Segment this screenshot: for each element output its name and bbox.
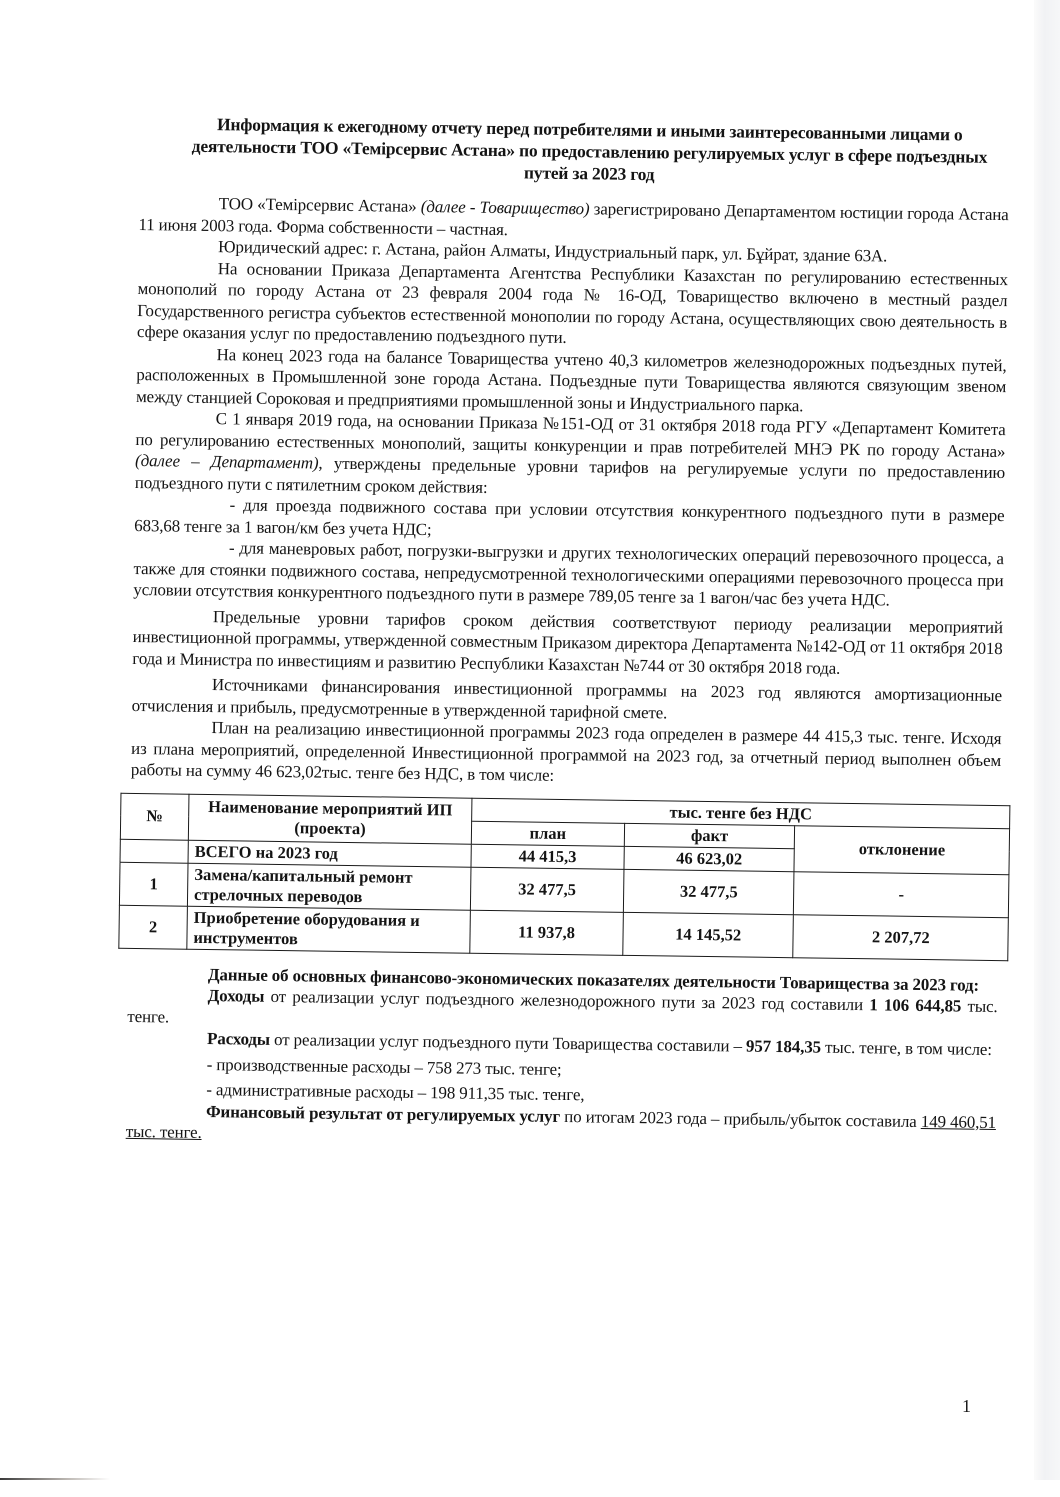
row-number: 1 <box>119 862 188 906</box>
tariff-validity-paragraph: Предельные уровни тарифов сроком действи… <box>132 604 1003 681</box>
monopoly-register-paragraph: На основании Приказа Департамента Агентс… <box>137 256 1008 354</box>
row-activity-name: Замена/капитальный ремонт стрелочных пер… <box>187 863 471 910</box>
row-number: 2 <box>119 905 188 949</box>
total-fact: 46 623,02 <box>624 846 795 871</box>
investment-program-table: № Наименование мероприятий ИП (проекта) … <box>118 792 1010 960</box>
tariff-order-paragraph: С 1 января 2019 года, на основании Прика… <box>135 407 1006 505</box>
row-plan: 11 937,8 <box>470 910 623 955</box>
document-title: Информация к ежегодному отчету перед пот… <box>169 112 1010 190</box>
total-number-cell <box>120 839 188 863</box>
row-deviation: - <box>794 871 1009 917</box>
header-number: № <box>120 793 189 840</box>
scan-edge-line <box>0 1478 110 1480</box>
row-plan: 32 477,5 <box>470 867 623 912</box>
abbreviation-note: (далее - Товарищество) <box>421 197 590 218</box>
financial-result-label: Финансовый результат от регулируемых усл… <box>206 1102 560 1126</box>
row-fact: 14 145,52 <box>623 912 794 957</box>
income-label: Доходы <box>208 986 265 1006</box>
investment-plan-paragraph: План на реализацию инвестиционной програ… <box>131 716 1002 793</box>
expenses-label: Расходы <box>207 1029 270 1049</box>
header-plan: план <box>471 821 624 846</box>
header-deviation: отклонение <box>794 825 1009 874</box>
document-content: Информация к ежегодному отчету перед пот… <box>126 112 1010 1155</box>
row-activity-name: Приобретение оборудования и инструментов <box>187 906 471 953</box>
header-fact: факт <box>624 823 795 848</box>
company-name-text: ТОО «Темірсервис Астана» <box>219 194 421 216</box>
row-deviation: 2 207,72 <box>793 914 1008 960</box>
department-abbreviation-note: (далее – Департамент) <box>135 451 319 473</box>
page-number: 1 <box>962 1396 971 1417</box>
document-page: Информация к ежегодному отчету перед пот… <box>0 0 1060 1497</box>
expenses-unit: тыс. тенге, в том числе: <box>821 1038 992 1059</box>
expenses-value: 957 184,35 <box>746 1037 821 1057</box>
financial-result-text: по итогам 2023 года – прибыль/убыток сос… <box>560 1106 921 1130</box>
income-value: 1 106 644,85 <box>869 995 961 1015</box>
total-plan: 44 415,3 <box>471 844 624 869</box>
track-balance-paragraph: На конец 2023 года на балансе Товарищест… <box>136 342 1007 419</box>
row-fact: 32 477,5 <box>623 869 794 914</box>
tariff-bullet-shunting: - для маневровых работ, погрузки-выгрузк… <box>133 536 1004 613</box>
scan-edge-strip <box>1034 0 1060 1480</box>
header-activity-name: Наименование мероприятий ИП (проекта) <box>188 794 472 844</box>
